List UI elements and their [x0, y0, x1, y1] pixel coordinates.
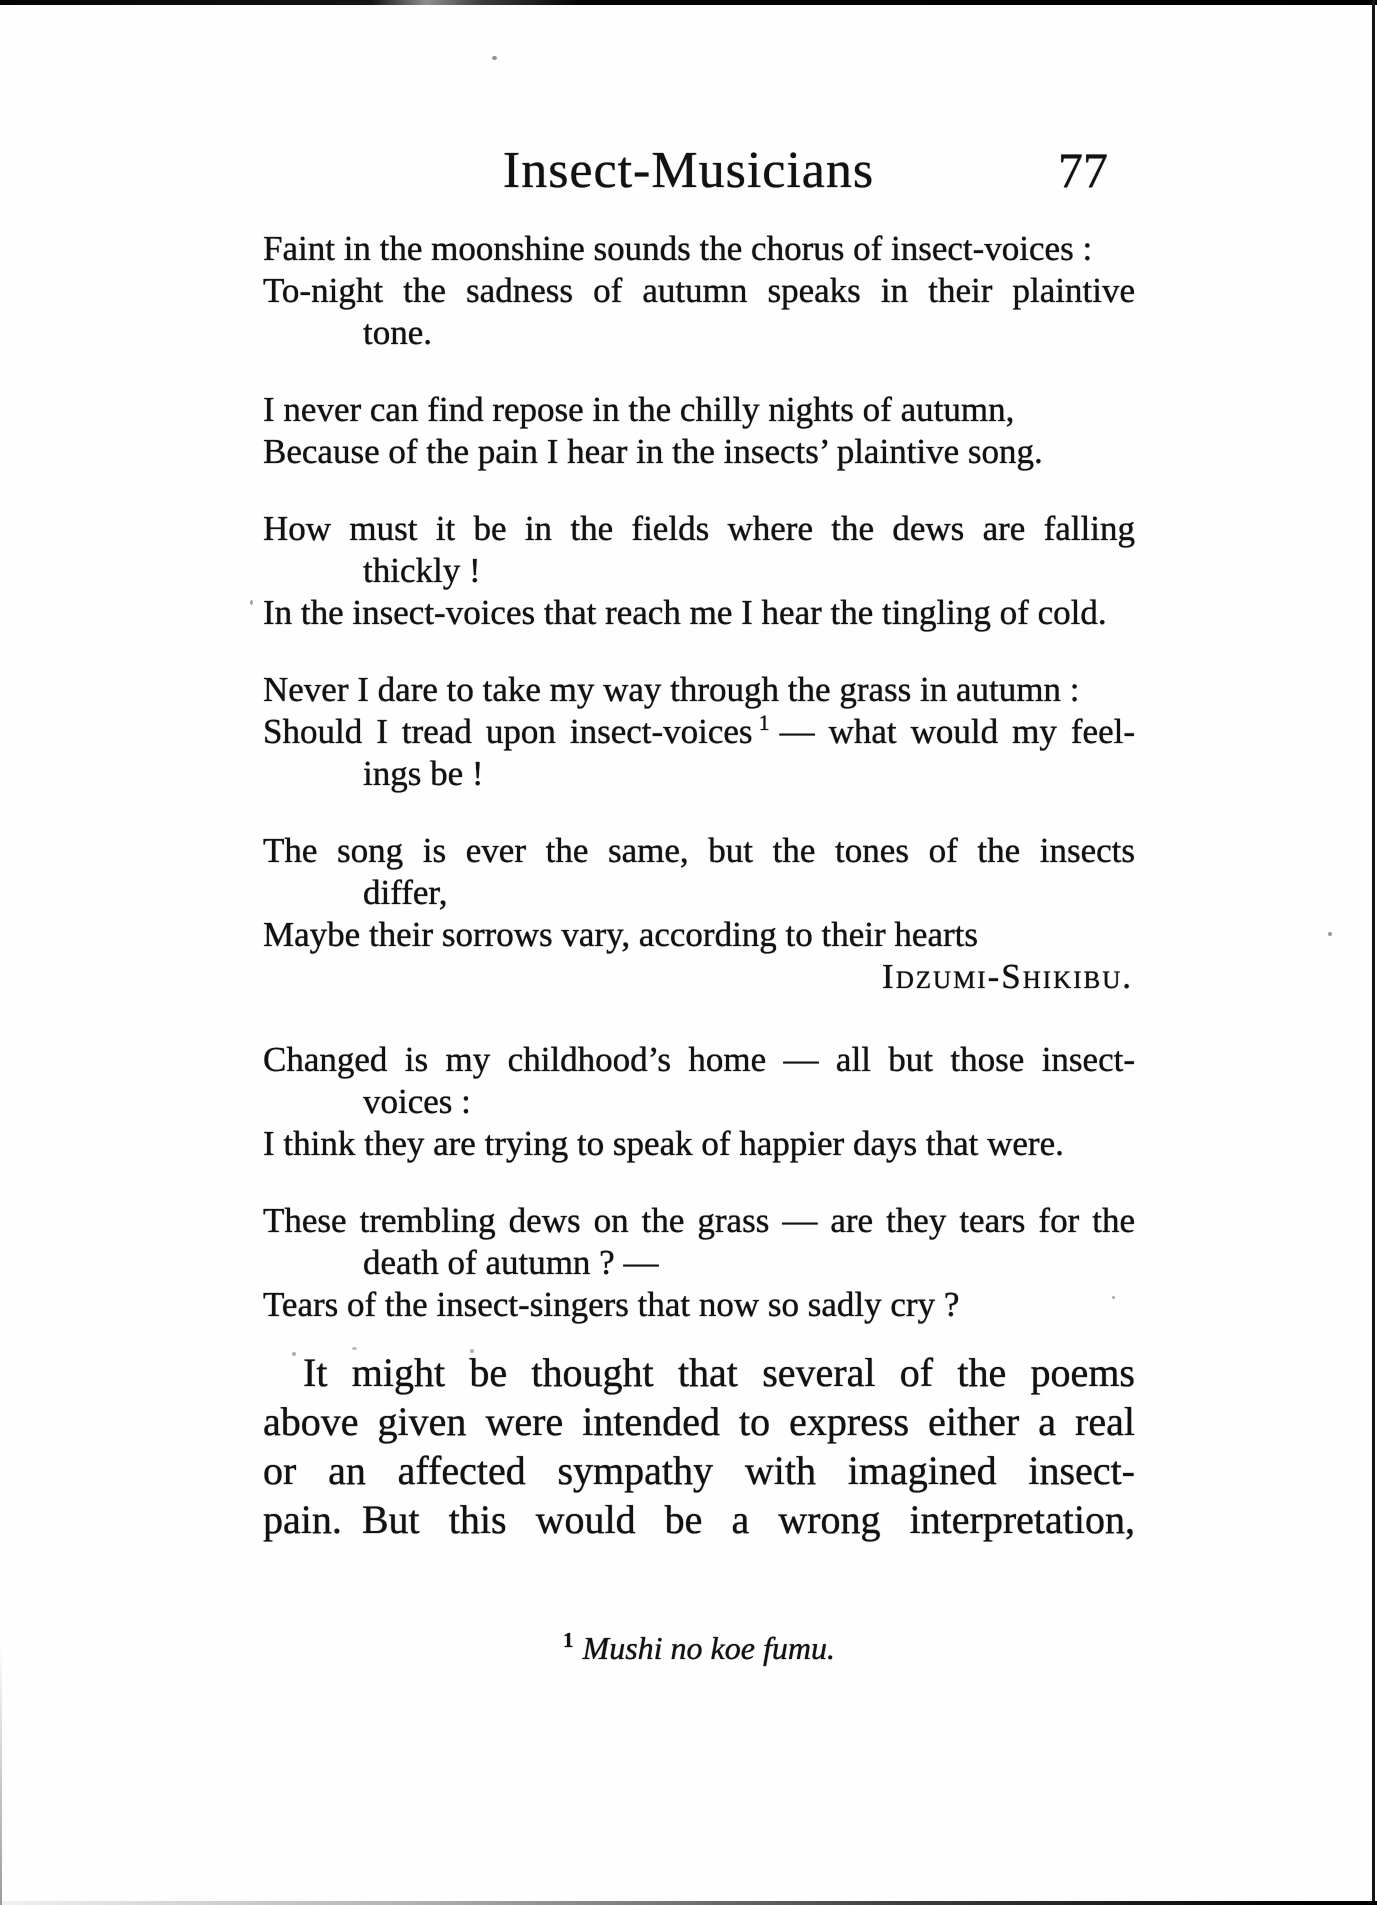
poem-line-text: Should I tread upon insect-voices [263, 712, 753, 751]
page-number: 77 [1058, 142, 1108, 198]
stanza-5: The song is ever the same, but the tones… [263, 830, 1135, 998]
paragraph-line: above given were intended to express eit… [263, 1397, 1135, 1446]
paragraph-line: It might be thought that several of the … [263, 1348, 1135, 1397]
footnote: 1Mushi no koe fumu. [263, 1628, 1135, 1668]
poem-line: voices : [263, 1081, 1135, 1123]
stanza-3: How must it be in the fields where the d… [263, 508, 1135, 634]
paragraph-line: pain. But this would be a wrong interpre… [263, 1495, 1135, 1544]
footnote-text: Mushi no koe fumu. [583, 1630, 835, 1666]
footnote-marker: 1 [563, 1628, 574, 1652]
stanza-6: Changed is my childhood’s home — all but… [263, 1039, 1135, 1165]
prose-paragraph: It might be thought that several of the … [263, 1348, 1135, 1544]
scan-speck [1328, 932, 1332, 936]
scan-edge-right [1372, 0, 1375, 1905]
scan-edge-bottom [0, 1901, 1377, 1905]
poem-line: The song is ever the same, but the tones… [263, 830, 1135, 872]
poem-line: Because of the pain I hear in the insect… [263, 431, 1135, 473]
poem-line: I think they are trying to speak of happ… [263, 1123, 1135, 1165]
poem-block: Faint in the moonshine sounds the chorus… [263, 228, 1135, 1361]
poem-line: death of autumn ? — [263, 1242, 1135, 1284]
running-title: Insect-Musicians [0, 143, 1377, 199]
book-page-scan: Insect-Musicians 77 Faint in the moonshi… [0, 0, 1377, 1905]
poem-line: Never I dare to take my way through the … [263, 669, 1135, 711]
poem-line: thickly ! [263, 550, 1135, 592]
footnote-ref: 1 [759, 710, 770, 735]
scan-speck [492, 56, 497, 60]
stanza-4: Never I dare to take my way through the … [263, 669, 1135, 795]
poem-line-with-footnote-ref: Should I tread upon insect-voices1— what… [263, 711, 1135, 753]
scan-edge-top [0, 0, 1377, 5]
poem-line: To-night the sadness of autumn speaks in… [263, 270, 1135, 312]
poem-line: Changed is my childhood’s home — all but… [263, 1039, 1135, 1081]
scan-edge-left [0, 1645, 2, 1905]
poem-line: I never can find repose in the chilly ni… [263, 389, 1135, 431]
poem-attribution: Idzumi-Shikibu. [263, 956, 1135, 998]
poem-line: Tears of the insect-singers that now so … [263, 1284, 1135, 1326]
stanza-7: These trembling dews on the grass — are … [263, 1200, 1135, 1326]
poem-line: How must it be in the fields where the d… [263, 508, 1135, 550]
paragraph-line: or an affected sympathy with imagined in… [263, 1446, 1135, 1495]
poem-line-text: — what would my feel- [780, 712, 1135, 751]
poem-line: differ, [263, 872, 1135, 914]
stanza-2: I never can find repose in the chilly ni… [263, 389, 1135, 473]
poem-line: Maybe their sorrows vary, according to t… [263, 914, 1135, 956]
scan-speck [250, 600, 253, 605]
poem-line: Faint in the moonshine sounds the chorus… [263, 228, 1135, 270]
poem-line: tone. [263, 312, 1135, 354]
poem-line: These trembling dews on the grass — are … [263, 1200, 1135, 1242]
poem-line: In the insect-voices that reach me I hea… [263, 592, 1135, 634]
stanza-1: Faint in the moonshine sounds the chorus… [263, 228, 1135, 354]
poem-line: ings be ! [263, 753, 1135, 795]
